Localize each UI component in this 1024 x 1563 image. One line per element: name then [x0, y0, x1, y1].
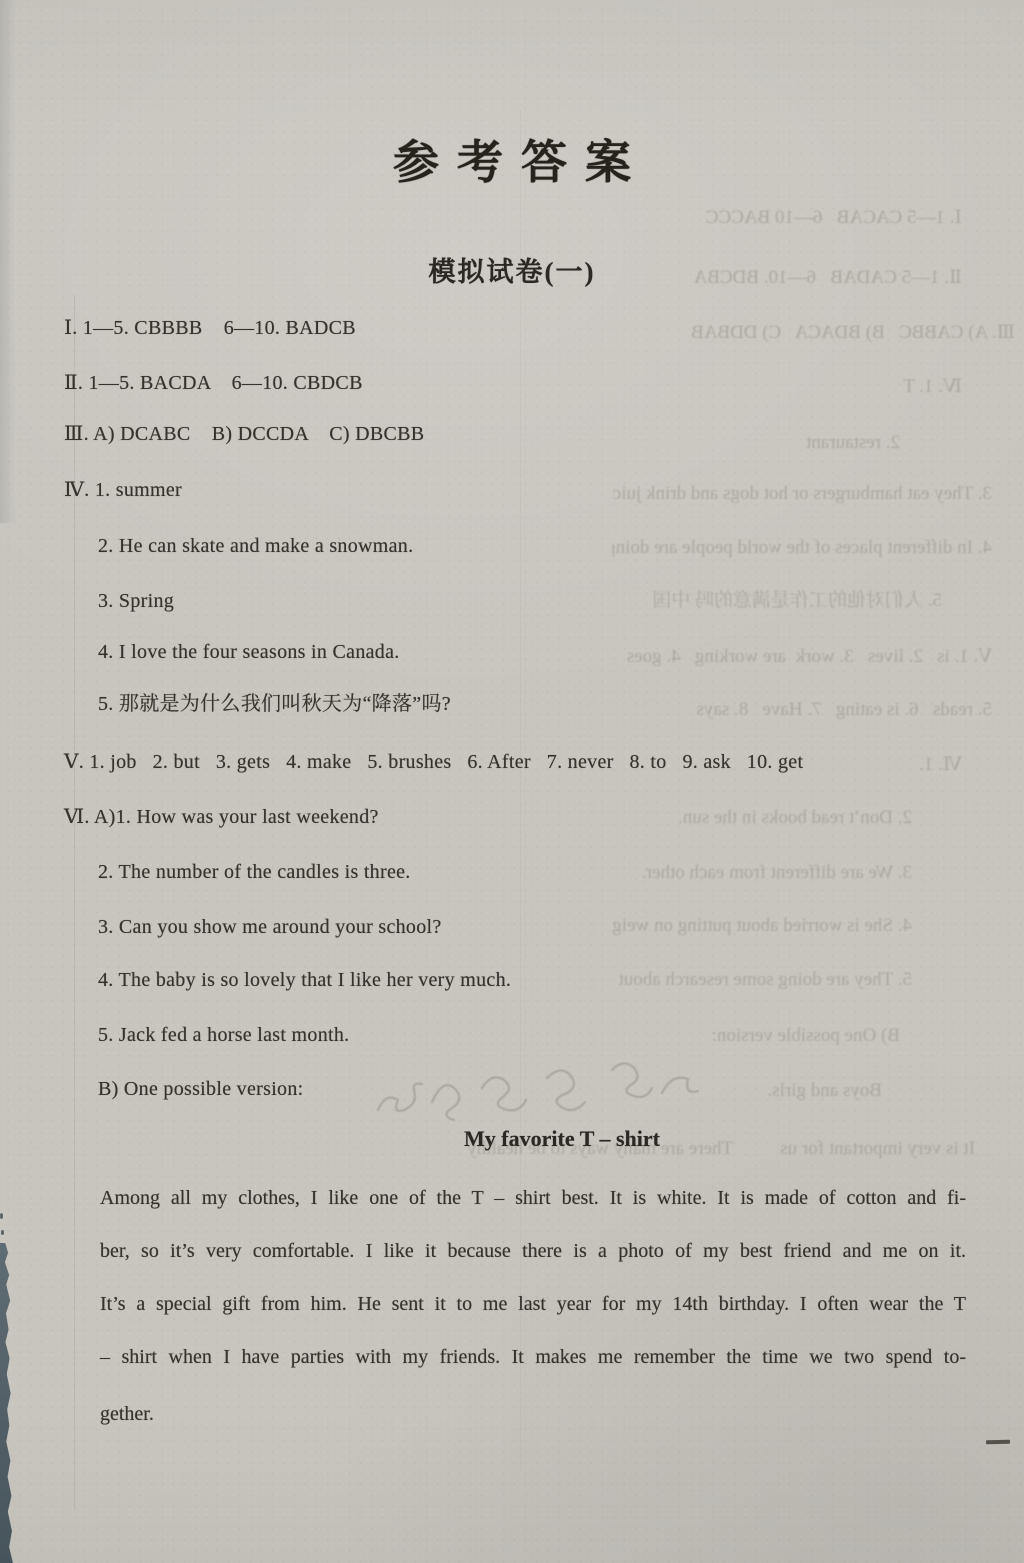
answer-line-IV-3: 3. Spring	[98, 588, 174, 615]
answer-line-VI-A1: Ⅵ. A)1. How was your last weekend?	[64, 804, 379, 831]
page-title: 参考答案	[0, 126, 1024, 192]
bleedthrough-line: 3. We are different from each other.	[612, 860, 912, 885]
answer-line-IV-1: Ⅳ. 1. summer	[64, 477, 182, 504]
answer-line-VI-B: B) One possible version:	[98, 1076, 304, 1103]
paper-section-title: 模拟试卷(一)	[0, 250, 1024, 289]
answer-line-III: Ⅲ. A) DCABC B) DCCDA C) DBCBB	[64, 421, 424, 448]
bleedthrough-line: 5. reads 6. is eating 7. Have 8. says	[612, 697, 992, 722]
answer-line-IV-5: 5. 那就是为什么我们叫秋天为“降落”吗?	[98, 691, 451, 718]
bleedthrough-line: 2. restaurant	[612, 430, 900, 455]
answer-line-V: Ⅴ. 1. job 2. but 3. gets 4. make 5. brus…	[64, 749, 803, 776]
corner-dash-mark	[986, 1440, 1010, 1444]
answer-line-VI-A2: 2. The number of the candles is three.	[98, 859, 411, 886]
essay-line: – shirt when I have parties with my frie…	[100, 1344, 966, 1371]
answer-line-VI-A4: 4. The baby is so lovely that I like her…	[98, 967, 511, 994]
essay-line: It’s a special gift from him. He sent it…	[100, 1291, 966, 1318]
answer-line-IV-2: 2. He can skate and make a snowman.	[98, 533, 413, 560]
scanned-answer-page: { "page": { "title": "参考答案", "section": …	[0, 0, 1024, 1563]
paper-crease	[520, 110, 521, 1470]
paper-vignette	[0, 0, 1024, 1563]
bleedthrough-line: B) One possible version:	[612, 1023, 900, 1048]
page-torn-edge	[0, 1243, 13, 1563]
bleedthrough-line: Ⅰ. 1—5 CACAB 6—10 BACCC	[612, 205, 962, 230]
bleedthrough-line: Ⅳ. 1. T	[612, 374, 962, 399]
answer-line-I: Ⅰ. 1—5. CBBBB 6—10. BADCB	[64, 315, 356, 342]
bleedthrough-line: 5. They are doing some research about	[612, 967, 912, 992]
answer-line-II: Ⅱ. 1—5. BACDA 6—10. CBDCB	[64, 370, 363, 397]
bleedthrough-line: 2. Don’t read books in the sun.	[612, 805, 912, 830]
page-edge-speck	[0, 1213, 3, 1219]
answer-line-VI-A5: 5. Jack fed a horse last month.	[98, 1022, 349, 1049]
bleedthrough-line: 5. 人们对他的工作是满意的吗 中国	[612, 588, 942, 613]
essay-line: Among all my clothes, I like one of the …	[100, 1185, 966, 1212]
essay-title: My favorite T – shirt	[100, 1126, 1024, 1152]
essay-line: ber, so it’s very comfortable. I like it…	[100, 1238, 966, 1265]
answer-line-VI-A3: 3. Can you show me around your school?	[98, 914, 442, 941]
bleedthrough-line: Ⅲ. A) CABBC B) BDACA C) DDBAB	[615, 320, 1015, 345]
paper-texture	[0, 0, 1024, 1563]
page-edge-speck	[1, 1230, 4, 1235]
essay-line: gether.	[100, 1401, 966, 1428]
bleedthrough-line: 4. In different places of the world peop…	[612, 535, 992, 560]
bleedthrough-line: 4. She is worried about putting on weigh…	[612, 913, 912, 938]
bleedthrough-line: 3. They eat hamburgers or hot dogs and d…	[612, 481, 992, 506]
bleedthrough-line: Ⅴ. 1. is 2. lives 3. work are working 4.…	[612, 644, 992, 669]
answer-line-IV-4: 4. I love the four seasons in Canada.	[98, 639, 400, 666]
handwriting-ghost	[360, 1046, 740, 1136]
